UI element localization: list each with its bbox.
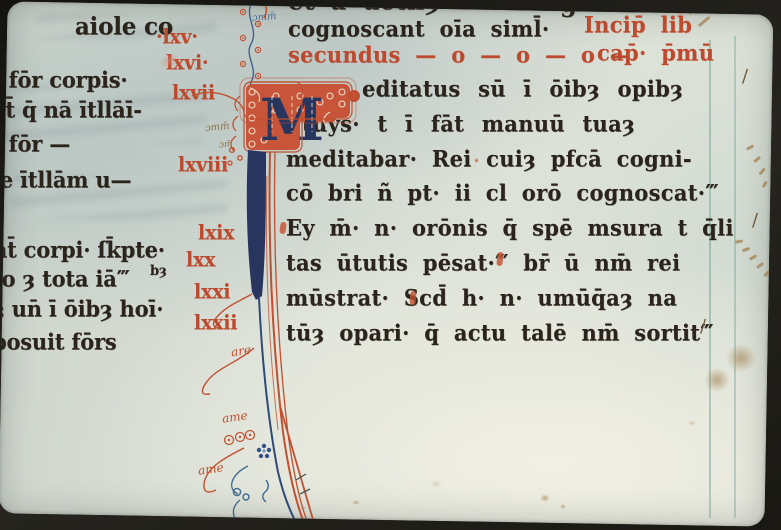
superscript-note: bȝ <box>150 264 167 280</box>
left-line-text: le ītllām u— <box>0 166 131 193</box>
incipit-rubric: Incip̄ lib̄ <box>584 11 692 38</box>
margin-dash <box>742 247 750 252</box>
capitulum-rubric: cap̄· p̄mū <box>597 39 714 66</box>
stain <box>560 504 566 509</box>
penwork-decoration: M <box>180 1 390 526</box>
margin-dash <box>763 270 771 277</box>
stain <box>430 480 442 488</box>
ruling-line <box>709 40 711 518</box>
stain <box>726 344 756 372</box>
margin-dash <box>749 254 757 260</box>
stain <box>704 368 730 392</box>
line-filler-mark: ∕ <box>742 66 748 87</box>
stain <box>352 500 360 505</box>
left-line-text: posuit fōrs <box>0 328 117 355</box>
page-clip: aiole co ·lxv· t fōr corpis· lxvi· at̄ q… <box>0 1 773 526</box>
red-blob <box>348 90 360 102</box>
blue-flower <box>257 444 271 458</box>
rubrication-daub <box>410 291 417 305</box>
margin-dash <box>758 167 765 175</box>
manuscript-photo: aiole co ·lxv· t fōr corpis· lxvi· at̄ q… <box>0 0 781 530</box>
blue-curls <box>232 466 269 524</box>
ruling-line <box>734 36 736 518</box>
stain <box>688 420 696 426</box>
stain <box>540 494 550 502</box>
body-line: editatus sū ī ōibȝ opibȝ <box>362 75 683 102</box>
pen-trial: ɔmm̄ <box>252 11 277 24</box>
margin-dash <box>735 239 743 243</box>
pen-trial: ɔm̄ <box>219 140 233 151</box>
margin-dash <box>756 262 764 269</box>
illuminated-initial-m: M <box>240 78 360 154</box>
margin-dash <box>698 16 710 27</box>
red-margin-word: are <box>230 343 252 360</box>
line-filler-mark: ∕ <box>700 316 706 337</box>
main-top-cut-line: g <box>560 1 577 18</box>
margin-dash <box>746 144 754 150</box>
margin-dash <box>689 4 704 15</box>
page-content: aiole co ·lxv· t fōr corpis· lxvi· at̄ q… <box>0 1 773 526</box>
line-filler-mark: ∕ <box>752 210 758 231</box>
stain <box>748 2 768 14</box>
red-speck <box>474 158 479 163</box>
margin-dash <box>762 181 768 188</box>
margin-dash <box>753 156 761 163</box>
stain <box>300 506 306 510</box>
